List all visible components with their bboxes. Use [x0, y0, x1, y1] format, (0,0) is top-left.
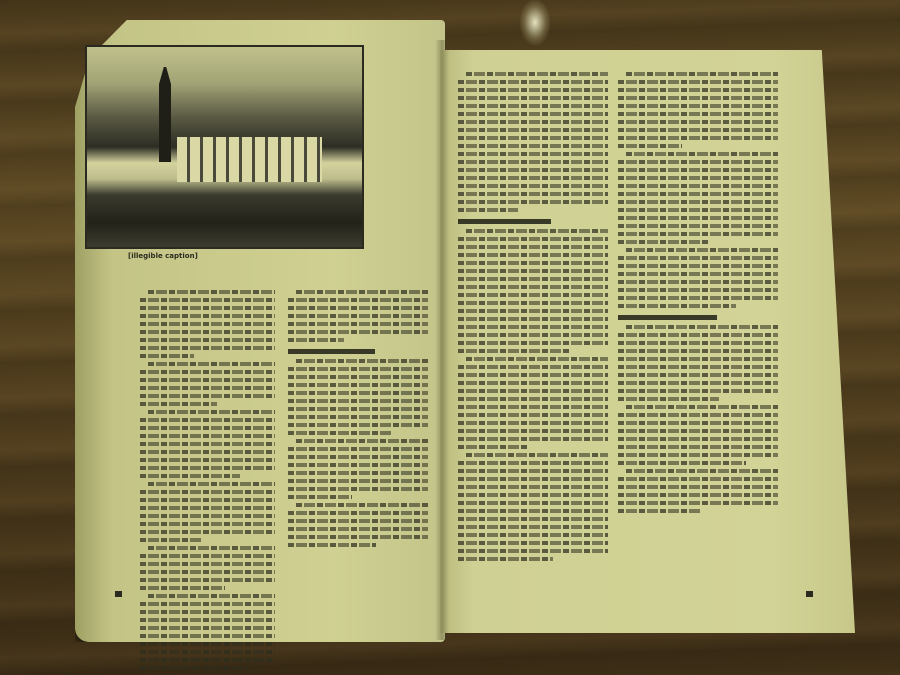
- text-line: [618, 477, 778, 481]
- text-line: [140, 314, 275, 318]
- text-line: [618, 80, 778, 84]
- text-line: [140, 658, 275, 662]
- text-line: [618, 200, 778, 204]
- text-line: [288, 487, 428, 491]
- text-line: [618, 373, 778, 377]
- text-line: [140, 338, 275, 342]
- text-line: [458, 485, 608, 489]
- photo-caption: [illegible caption]: [128, 252, 328, 260]
- text-line: [458, 549, 608, 553]
- text-line: [458, 261, 608, 265]
- text-line: [140, 666, 248, 670]
- text-line: [458, 285, 608, 289]
- text-line: [458, 309, 608, 313]
- text-line: [458, 365, 608, 369]
- text-line: [140, 330, 275, 334]
- text-line: [458, 373, 608, 377]
- light-glare: [520, 0, 550, 45]
- text-line: [140, 650, 275, 654]
- text-line: [458, 445, 527, 449]
- text-line: [618, 493, 778, 497]
- text-line: [140, 306, 275, 310]
- text-line: [140, 450, 275, 454]
- text-line: [626, 152, 778, 156]
- text-line: [458, 541, 608, 545]
- text-line: [458, 477, 608, 481]
- text-line: [618, 381, 778, 385]
- text-line: [618, 104, 778, 108]
- text-line: [140, 522, 275, 526]
- text-line: [288, 423, 428, 427]
- text-line: [618, 445, 778, 449]
- text-line: [458, 128, 608, 132]
- left-page-column-1: [140, 290, 275, 674]
- text-line: [458, 325, 608, 329]
- text-line: [288, 375, 428, 379]
- text-line: [458, 501, 608, 505]
- church-tower: [159, 67, 171, 162]
- magazine-spine: [435, 40, 449, 640]
- text-line: [618, 501, 778, 505]
- text-line: [458, 96, 608, 100]
- right-page-column-1: [458, 72, 608, 565]
- text-line: [140, 442, 275, 446]
- text-line: [296, 290, 428, 294]
- text-line: [288, 383, 428, 387]
- text-line: [618, 160, 778, 164]
- text-line: [288, 511, 428, 515]
- text-line: [148, 362, 275, 366]
- text-line: [458, 341, 608, 345]
- text-line: [140, 322, 275, 326]
- text-line: [458, 120, 608, 124]
- text-line: [458, 517, 608, 521]
- text-line: [288, 399, 428, 403]
- text-line: [458, 349, 569, 353]
- section-heading: [458, 219, 551, 224]
- text-line: [140, 378, 275, 382]
- text-line: [140, 426, 275, 430]
- text-line: [140, 538, 202, 542]
- text-line: [148, 410, 275, 414]
- text-line: [288, 306, 428, 310]
- text-line: [618, 461, 746, 465]
- text-line: [288, 455, 428, 459]
- text-line: [140, 618, 275, 622]
- text-line: [618, 437, 778, 441]
- text-line: [458, 333, 608, 337]
- text-line: [618, 184, 778, 188]
- text-line: [458, 176, 608, 180]
- text-line: [288, 314, 428, 318]
- text-line: [618, 429, 778, 433]
- text-line: [458, 429, 608, 433]
- text-line: [458, 533, 608, 537]
- text-line: [148, 482, 275, 486]
- text-line: [458, 269, 608, 273]
- text-line: [140, 346, 275, 350]
- text-line: [288, 527, 428, 531]
- text-line: [458, 112, 608, 116]
- text-line: [626, 405, 778, 409]
- text-line: [140, 578, 275, 582]
- text-line: [626, 469, 778, 473]
- text-line: [458, 293, 608, 297]
- text-line: [288, 447, 428, 451]
- text-line: [618, 341, 778, 345]
- text-line: [140, 386, 275, 390]
- text-line: [458, 397, 608, 401]
- text-line: [458, 421, 608, 425]
- text-line: [458, 88, 608, 92]
- text-line: [458, 509, 608, 513]
- text-line: [458, 253, 608, 257]
- text-line: [288, 322, 428, 326]
- text-line: [618, 112, 778, 116]
- text-line: [618, 280, 778, 284]
- text-line: [458, 104, 608, 108]
- text-line: [288, 495, 352, 499]
- text-line: [458, 184, 608, 188]
- text-line: [458, 437, 608, 441]
- text-line: [458, 469, 608, 473]
- text-line: [618, 357, 778, 361]
- text-line: [140, 498, 275, 502]
- text-line: [140, 434, 275, 438]
- text-line: [288, 463, 428, 467]
- text-line: [458, 413, 608, 417]
- text-line: [140, 474, 240, 478]
- left-page-number: [illegible]: [115, 591, 122, 597]
- castle-building: [177, 137, 322, 182]
- text-line: [148, 546, 275, 550]
- text-line: [288, 431, 392, 435]
- left-page-column-2: [288, 290, 428, 551]
- text-line: [288, 407, 428, 411]
- text-line: [618, 349, 778, 353]
- text-line: [458, 405, 608, 409]
- text-line: [458, 192, 608, 196]
- text-line: [140, 402, 217, 406]
- text-line: [140, 514, 275, 518]
- text-line: [466, 453, 608, 457]
- text-line: [140, 394, 275, 398]
- text-line: [618, 168, 778, 172]
- text-line: [458, 160, 608, 164]
- castle-photo: [85, 45, 364, 249]
- text-line: [618, 272, 778, 276]
- text-line: [466, 229, 608, 233]
- text-line: [458, 168, 608, 172]
- text-line: [140, 458, 275, 462]
- section-heading: [288, 349, 375, 354]
- text-line: [618, 120, 778, 124]
- text-line: [618, 288, 778, 292]
- text-line: [618, 136, 778, 140]
- text-line: [458, 237, 608, 241]
- text-line: [288, 415, 428, 419]
- text-line: [288, 298, 428, 302]
- text-line: [148, 290, 275, 294]
- text-line: [626, 325, 778, 329]
- text-line: [458, 136, 608, 140]
- text-line: [618, 421, 778, 425]
- text-line: [288, 535, 428, 539]
- text-line: [466, 357, 608, 361]
- text-line: [140, 370, 275, 374]
- text-line: [140, 634, 275, 638]
- text-line: [458, 317, 608, 321]
- text-line: [288, 519, 428, 523]
- text-line: [618, 176, 778, 180]
- text-line: [458, 389, 608, 393]
- text-line: [288, 330, 428, 334]
- text-line: [618, 304, 736, 308]
- text-line: [140, 506, 275, 510]
- text-line: [288, 479, 428, 483]
- text-line: [140, 554, 275, 558]
- text-line: [288, 471, 428, 475]
- text-line: [140, 570, 275, 574]
- text-line: [458, 200, 608, 204]
- text-line: [618, 413, 778, 417]
- text-line: [458, 525, 608, 529]
- text-line: [618, 88, 778, 92]
- text-line: [618, 128, 778, 132]
- text-line: [140, 490, 275, 494]
- text-line: [458, 461, 608, 465]
- text-line: [618, 256, 778, 260]
- text-line: [288, 367, 428, 371]
- text-line: [288, 543, 376, 547]
- text-line: [140, 298, 275, 302]
- text-line: [626, 248, 778, 252]
- text-line: [458, 301, 608, 305]
- section-heading: [618, 315, 717, 320]
- text-line: [288, 338, 344, 342]
- text-line: [140, 586, 225, 590]
- text-line: [458, 208, 518, 212]
- text-line: [140, 602, 275, 606]
- text-line: [140, 466, 275, 470]
- text-line: [288, 391, 428, 395]
- text-line: [618, 365, 778, 369]
- text-line: [618, 224, 778, 228]
- text-line: [140, 642, 275, 646]
- text-line: [618, 296, 778, 300]
- text-line: [466, 72, 608, 76]
- text-line: [618, 232, 778, 236]
- text-line: [140, 418, 275, 422]
- text-line: [458, 245, 608, 249]
- right-page-column-2: [618, 72, 778, 517]
- right-page-number: [illegible]: [806, 591, 813, 597]
- text-line: [296, 439, 428, 443]
- text-line: [626, 72, 778, 76]
- text-line: [618, 509, 701, 513]
- text-line: [140, 530, 275, 534]
- text-line: [140, 562, 275, 566]
- text-line: [140, 354, 194, 358]
- text-line: [618, 264, 778, 268]
- text-line: [618, 192, 778, 196]
- text-line: [458, 557, 553, 561]
- text-line: [148, 594, 275, 598]
- text-line: [458, 144, 608, 148]
- text-line: [458, 493, 608, 497]
- text-line: [618, 208, 778, 212]
- text-line: [458, 277, 608, 281]
- text-line: [296, 359, 428, 363]
- text-line: [618, 96, 778, 100]
- text-line: [618, 485, 778, 489]
- text-line: [618, 144, 682, 148]
- text-line: [618, 216, 778, 220]
- text-line: [618, 389, 778, 393]
- text-line: [618, 240, 709, 244]
- text-line: [296, 503, 428, 507]
- text-line: [618, 333, 778, 337]
- text-line: [458, 80, 608, 84]
- text-line: [140, 626, 275, 630]
- text-line: [140, 610, 275, 614]
- text-line: [618, 453, 778, 457]
- text-line: [458, 381, 608, 385]
- text-line: [618, 397, 719, 401]
- text-line: [458, 152, 608, 156]
